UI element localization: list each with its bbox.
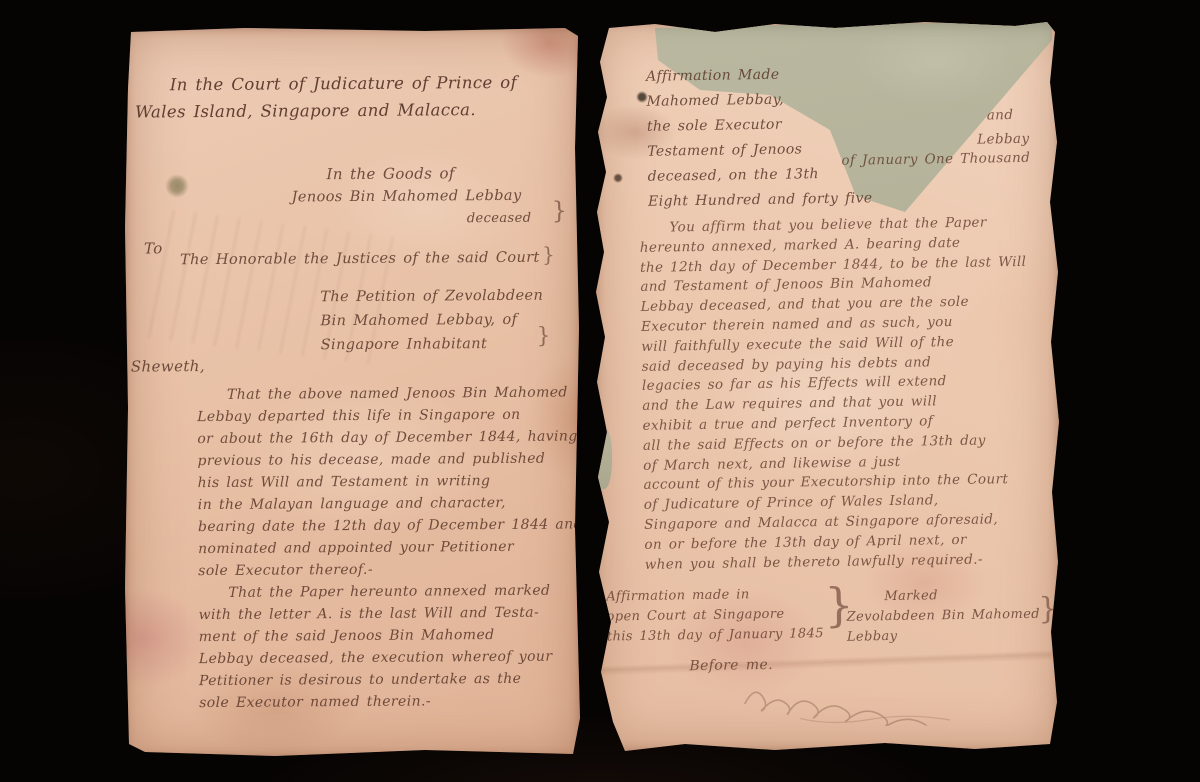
executor-mark-block: MarkedZevolabdeen Bin MahomedLebbay — [846, 585, 1040, 648]
manuscript-line: with the letter A. is the last Will and … — [198, 602, 552, 626]
right-page-manuscript: Affirmation MadeMahomed Lebbay,the sole … — [589, 18, 1064, 754]
manuscript-line: nominated and appointed your Petitioner — [198, 535, 583, 560]
salutation-to: To — [144, 239, 163, 257]
manuscript-line: bearing date the 12th day of December 18… — [198, 513, 583, 538]
photograph-of-document: In the Court of Judicature of Prince ofW… — [0, 0, 1200, 782]
salutation-addressee: The Honorable the Justices of the said C… — [180, 250, 540, 269]
manuscript-line: sole Executor thereof.- — [198, 557, 583, 582]
petition-paragraph-2: That the Paper hereunto annexed markedwi… — [198, 580, 552, 714]
manuscript-line: Affirmation Made — [646, 61, 871, 90]
manuscript-line: his last Will and Testament in writing — [198, 469, 583, 494]
addressee-brace: } — [542, 243, 555, 267]
manuscript-line: deceased, on the 13th — [647, 161, 872, 190]
manuscript-line: Petitioner is desirous to undertake as t… — [199, 668, 553, 692]
affirmation-paragraph: You affirm that you believe that the Pap… — [639, 213, 1031, 575]
manuscript-line: Lebbay departed this life in Singapore o… — [197, 403, 582, 428]
fragment-word-and: and — [987, 107, 1014, 123]
manuscript-line: Mahomed Lebbay, — [646, 86, 871, 115]
manuscript-line: Eight Hundred and forty five — [648, 186, 873, 215]
before-me-label: Before me. — [689, 657, 773, 674]
manuscript-line: Testament of Jenoos — [647, 136, 872, 165]
manuscript-line: this 13th day of January 1845 — [607, 624, 824, 647]
manuscript-line: Singapore Inhabitant — [321, 332, 544, 358]
manuscript-line: sole Executor named therein.- — [199, 690, 553, 714]
manuscript-line: or about the 16th day of December 1844, … — [197, 425, 582, 450]
manuscript-line: Wales Island, Singapore and Malacca. — [135, 96, 517, 126]
jurat-block: Affirmation made inopen Court at Singapo… — [606, 584, 824, 647]
left-page: In the Court of Judicature of Prince ofW… — [125, 28, 580, 757]
in-the-goods-of-heading: In the Goods of — [326, 164, 455, 183]
mark-brace: } — [1038, 591, 1058, 626]
faint-signature-scribble — [739, 669, 1010, 728]
goods-brace: } — [552, 196, 568, 224]
torn-fragment-text: Affirmation MadeMahomed Lebbay,the sole … — [646, 61, 873, 215]
manuscript-line: Bin Mahomed Lebbay, of — [320, 308, 543, 334]
petition-paragraph-1: That the above named Jenoos Bin MahomedL… — [197, 381, 583, 582]
manuscript-line: Lebbay deceased, the execution whereof y… — [199, 646, 553, 670]
fragment-word-lebbay: Lebbay — [977, 131, 1030, 148]
fragment-date-line: of January One Thousand — [841, 150, 1030, 169]
sheweth-label: Sheweth, — [131, 357, 205, 376]
manuscript-line: The Petition of Zevolabdeen — [320, 284, 543, 310]
court-header: In the Court of Judicature of Prince ofW… — [135, 69, 518, 126]
manuscript-line: the sole Executor — [647, 111, 872, 140]
manuscript-line: That the above named Jenoos Bin Mahomed — [197, 381, 582, 406]
petitioner-brace: } — [537, 324, 552, 349]
deceased-label: deceased — [467, 211, 532, 226]
manuscript-line: ment of the said Jenoos Bin Mahomed — [199, 624, 553, 648]
deceased-name: Jenoos Bin Mahomed Lebbay — [292, 188, 522, 206]
right-page: Affirmation MadeMahomed Lebbay,the sole … — [595, 22, 1059, 751]
manuscript-line: That the Paper hereunto annexed marked — [198, 580, 552, 604]
manuscript-line: Lebbay — [847, 625, 1041, 648]
manuscript-line: In the Court of Judicature of Prince of — [135, 69, 517, 99]
manuscript-line: Zevolabdeen Bin Mahomed — [846, 605, 1040, 628]
manuscript-line: previous to his decease, made and publis… — [197, 447, 582, 472]
left-page-manuscript: In the Court of Judicature of Prince ofW… — [122, 26, 582, 758]
petitioner-block: The Petition of ZevolabdeenBin Mahomed L… — [320, 284, 543, 358]
manuscript-line: in the Malayan language and character, — [198, 491, 583, 516]
